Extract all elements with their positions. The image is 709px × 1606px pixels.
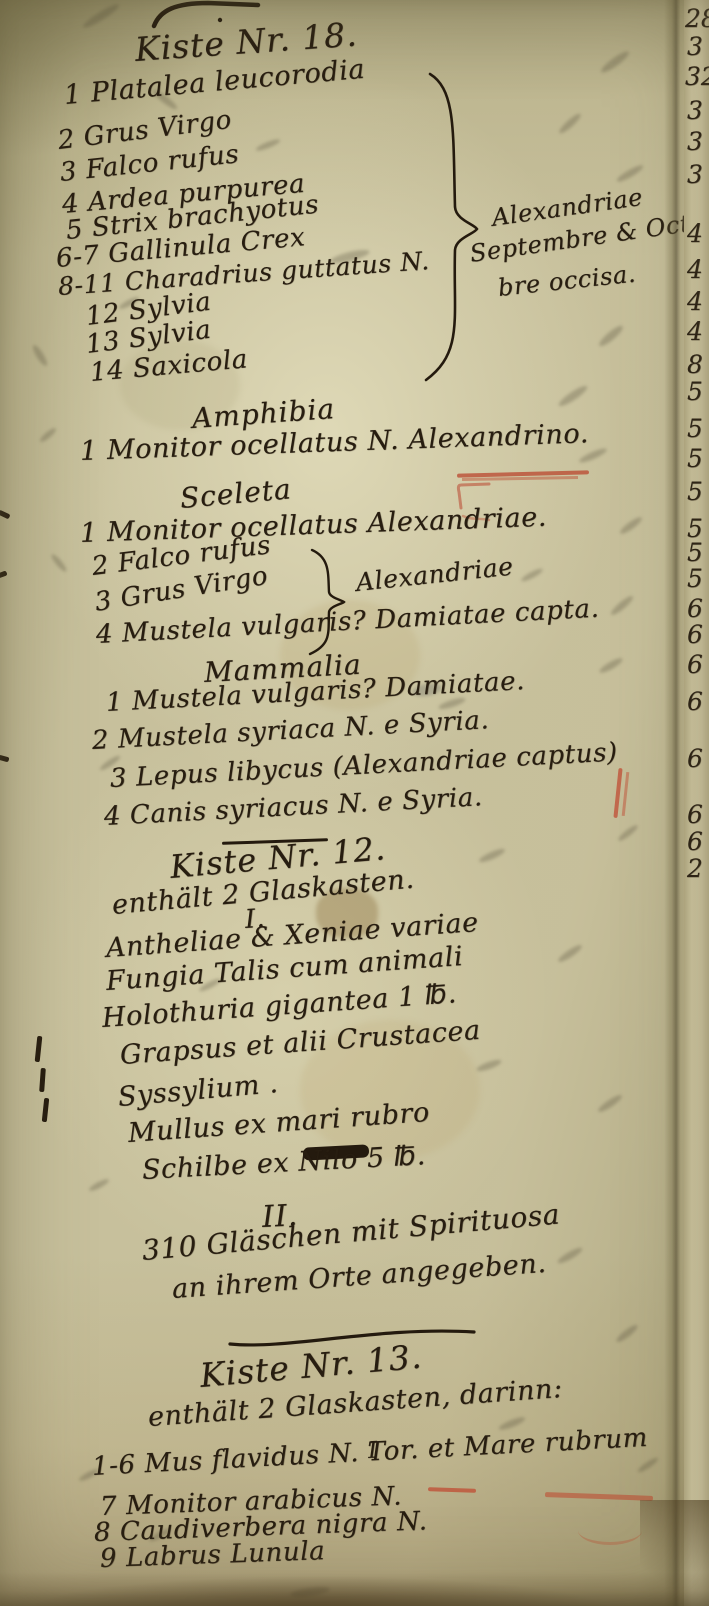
margin-number: 4 — [687, 317, 703, 346]
grouping-brace — [424, 72, 484, 382]
margin-number: 2 — [687, 854, 703, 883]
margin-number: 28 — [685, 4, 709, 33]
red-underline — [545, 1492, 653, 1501]
margin-number: 32 — [685, 62, 709, 91]
specimen-line: 1 Monitor ocellatus N. Alexandrino. — [79, 418, 589, 467]
specimen-line: 1-6 Mus flavidus N. Tor. et Mare rubrum — [91, 1423, 648, 1482]
margin-number: 5 — [687, 538, 703, 567]
specimen-line: 1 Monitor ocellatus Alexandriae. — [79, 502, 547, 549]
red-underline — [462, 476, 578, 481]
specimen-line: Syssylium . — [117, 1068, 280, 1113]
sceleta-heading: Sceleta — [179, 472, 293, 515]
red-margin-bar — [622, 772, 630, 816]
red-underline — [457, 470, 589, 477]
margin-dash — [35, 1036, 43, 1062]
edge-ink-fragment — [0, 510, 10, 520]
margin-number: 5 — [687, 477, 703, 506]
margin-number: 8 — [687, 350, 703, 379]
margin-dash — [39, 1068, 46, 1092]
edge-ink-fragment — [0, 755, 9, 763]
margin-number: 6 — [687, 594, 703, 623]
margin-number: 6 — [687, 744, 703, 773]
margin-number: 6 — [687, 800, 703, 829]
margin-number: 6 — [687, 827, 703, 856]
margin-number: 4 — [687, 287, 703, 316]
manuscript-page: Kiste Nr. 18. 1 Platalea leucorodia 2 Gr… — [0, 0, 709, 1606]
margin-number: 3 — [687, 160, 703, 189]
margin-number: 5 — [687, 414, 703, 443]
margin-number: 4 — [687, 219, 703, 248]
margin-number: 3 — [687, 127, 703, 156]
margin-number: 4 — [687, 255, 703, 284]
page-gutter-crease — [664, 0, 686, 1606]
locality-note: Alexandriae — [354, 552, 514, 597]
specimen-line: Schilbe ex Nilo 5 ℔. — [141, 1140, 426, 1186]
red-faint-arc — [578, 1516, 642, 1545]
page-bottom-shadow — [0, 1572, 709, 1606]
locality-note: bre occisa. — [497, 260, 638, 302]
red-margin-bar — [613, 768, 622, 818]
grouping-brace-small — [308, 548, 350, 656]
margin-number: 5 — [687, 377, 703, 406]
margin-number: 6 — [687, 650, 703, 679]
margin-number: 5 — [687, 564, 703, 593]
margin-number: 6 — [687, 687, 703, 716]
specimen-line: 9 Labrus Lunula — [99, 1536, 325, 1574]
red-underline — [428, 1487, 476, 1493]
margin-number: 6 — [687, 620, 703, 649]
margin-number: 3 — [687, 96, 703, 125]
margin-number: 3 — [687, 32, 703, 61]
margin-dash — [42, 1098, 49, 1122]
edge-ink-fragment — [0, 570, 8, 578]
margin-number: 5 — [687, 444, 703, 473]
